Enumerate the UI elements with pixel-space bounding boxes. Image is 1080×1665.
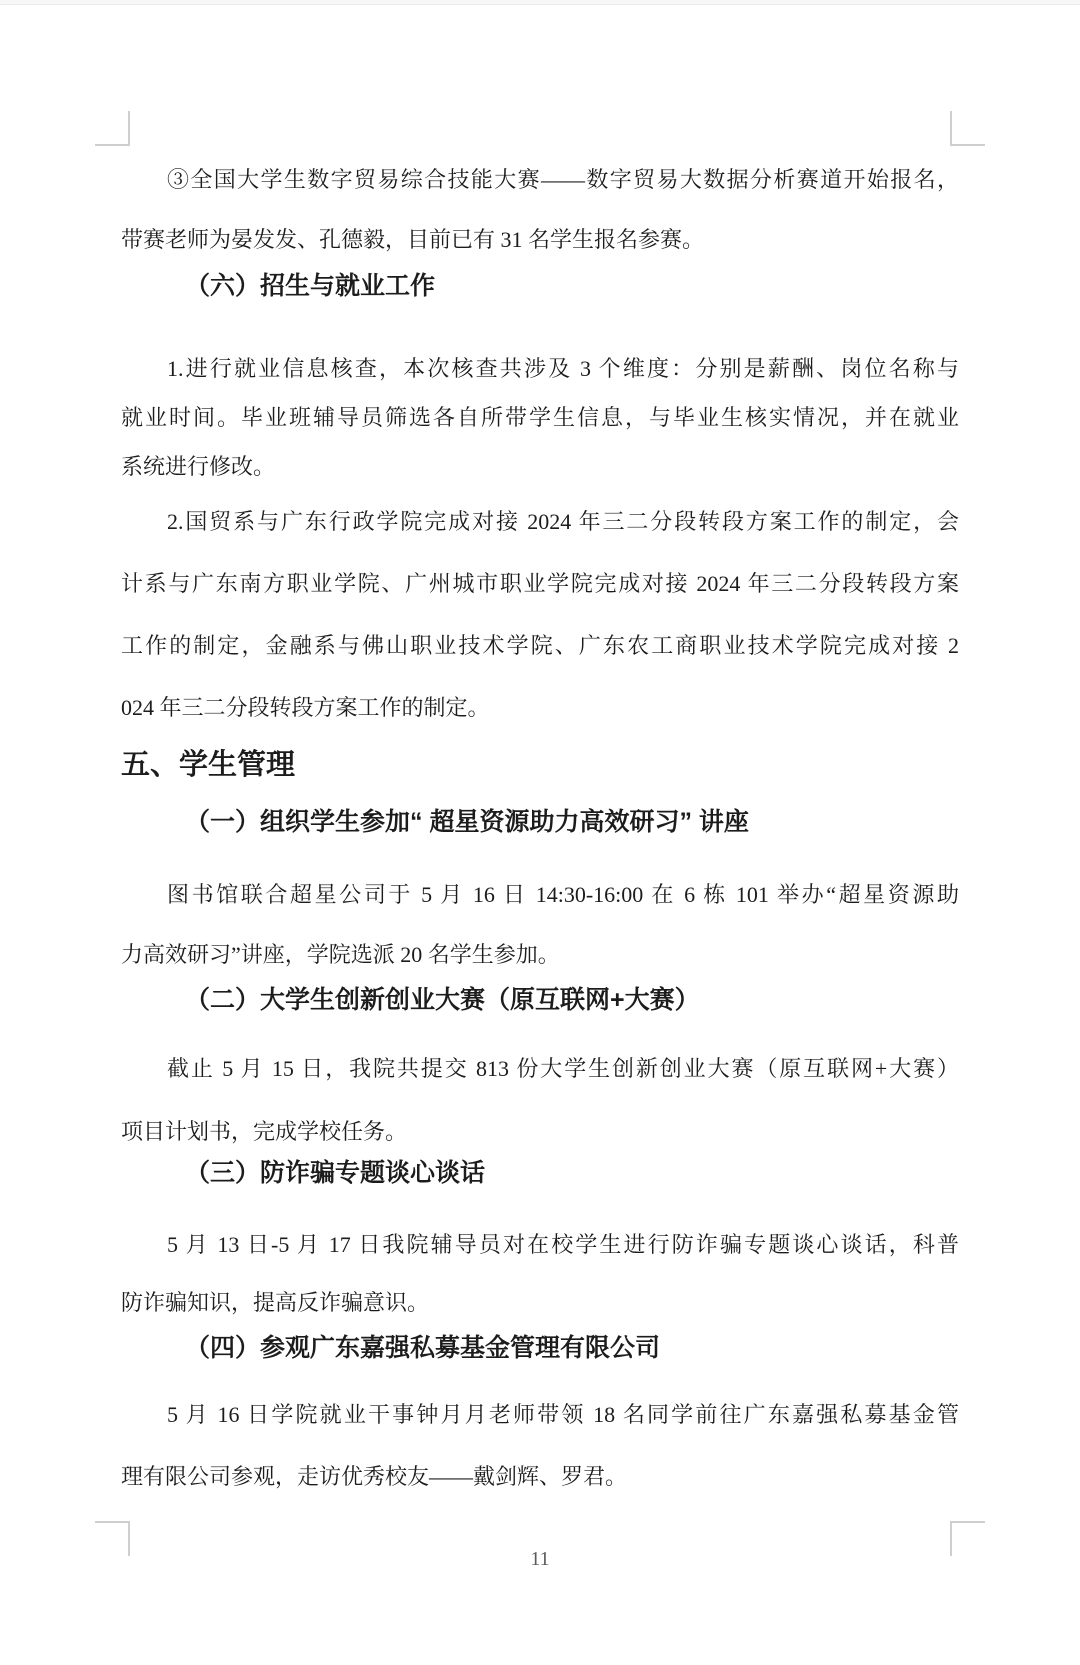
page-number: 11 — [0, 1544, 1080, 1574]
text-line: 024 年三二分段转段方案工作的制定。 — [121, 677, 959, 739]
section-heading-1-chaoxing-lecture: （一）组织学生参加“ 超星资源助力高效研习” 讲座 — [121, 800, 1023, 844]
paragraph-employment-check: 1.进行就业信息核查，本次核查共涉及 3 个维度：分别是薪酬、岗位名称与 就业时… — [121, 344, 959, 491]
text-line: 理有限公司参观，走访优秀校友——戴剑辉、罗君。 — [121, 1446, 959, 1508]
text-line: 带赛老师为晏发发、孔德毅，目前已有 31 名学生报名参赛。 — [121, 210, 959, 270]
text-line: 计系与广东南方职业学院、广州城市职业学院完成对接 2024 年三二分段转段方案 — [121, 553, 959, 615]
paragraph-antifraud-talk: 5 月 13 日-5 月 17 日我院辅导员对在校学生进行防诈骗专题谈心谈话，科… — [121, 1216, 959, 1332]
text-line: 2.国贸系与广东行政学院完成对接 2024 年三二分段转段方案工作的制定，会 — [121, 491, 959, 553]
paragraph-innovation-competition: 截止 5 月 15 日，我院共提交 813 份大学生创新创业大赛（原互联网+大赛… — [121, 1037, 959, 1163]
section-heading-4-company-visit: （四）参观广东嘉强私募基金管理有限公司 — [121, 1326, 1023, 1370]
text-line: 力高效研习”讲座，学院选派 20 名学生参加。 — [121, 925, 959, 985]
document-page: ③全国大学生数字贸易综合技能大赛——数字贸易大数据分析赛道开始报名， 带赛老师为… — [0, 0, 1080, 1665]
paragraph-cohort-transfer: 2.国贸系与广东行政学院完成对接 2024 年三二分段转段方案工作的制定，会 计… — [121, 491, 959, 739]
text-line: 工作的制定，金融系与佛山职业技术学院、广东农工商职业技术学院完成对接 2 — [121, 615, 959, 677]
text-line: 就业时间。毕业班辅导员筛选各自所带学生信息，与毕业生核实情况，并在就业 — [121, 393, 959, 442]
text-line: 系统进行修改。 — [121, 442, 959, 491]
text-line: 5 月 16 日学院就业干事钟月月老师带领 18 名同学前往广东嘉强私募基金管 — [121, 1384, 959, 1446]
text-line: 图书馆联合超星公司于 5 月 16 日 14:30-16:00 在 6 栋 10… — [121, 865, 959, 925]
text-line: 截止 5 月 15 日，我院共提交 813 份大学生创新创业大赛（原互联网+大赛… — [121, 1037, 959, 1100]
chapter-heading-5-student-management: 五、学生管理 — [121, 741, 959, 789]
text-line: 1.进行就业信息核查，本次核查共涉及 3 个维度：分别是薪酬、岗位名称与 — [121, 344, 959, 393]
page-top-edge — [0, 0, 1080, 5]
section-heading-6-enrollment-employment: （六）招生与就业工作 — [121, 264, 1023, 308]
paragraph-chaoxing-lecture: 图书馆联合超星公司于 5 月 16 日 14:30-16:00 在 6 栋 10… — [121, 865, 959, 985]
crop-mark-top-right-icon — [950, 111, 985, 146]
text-line: ③全国大学生数字贸易综合技能大赛——数字贸易大数据分析赛道开始报名， — [121, 150, 959, 210]
section-heading-2-innovation-competition: （二）大学生创新创业大赛（原互联网+大赛） — [121, 978, 1023, 1022]
paragraph-competition-signup: ③全国大学生数字贸易综合技能大赛——数字贸易大数据分析赛道开始报名， 带赛老师为… — [121, 150, 959, 270]
paragraph-company-visit: 5 月 16 日学院就业干事钟月月老师带领 18 名同学前往广东嘉强私募基金管 … — [121, 1384, 959, 1508]
text-line: 防诈骗知识，提高反诈骗意识。 — [121, 1274, 959, 1332]
crop-mark-top-left-icon — [95, 111, 130, 146]
section-heading-3-antifraud-talk: （三）防诈骗专题谈心谈话 — [121, 1151, 1023, 1195]
text-line: 5 月 13 日-5 月 17 日我院辅导员对在校学生进行防诈骗专题谈心谈话，科… — [121, 1216, 959, 1274]
